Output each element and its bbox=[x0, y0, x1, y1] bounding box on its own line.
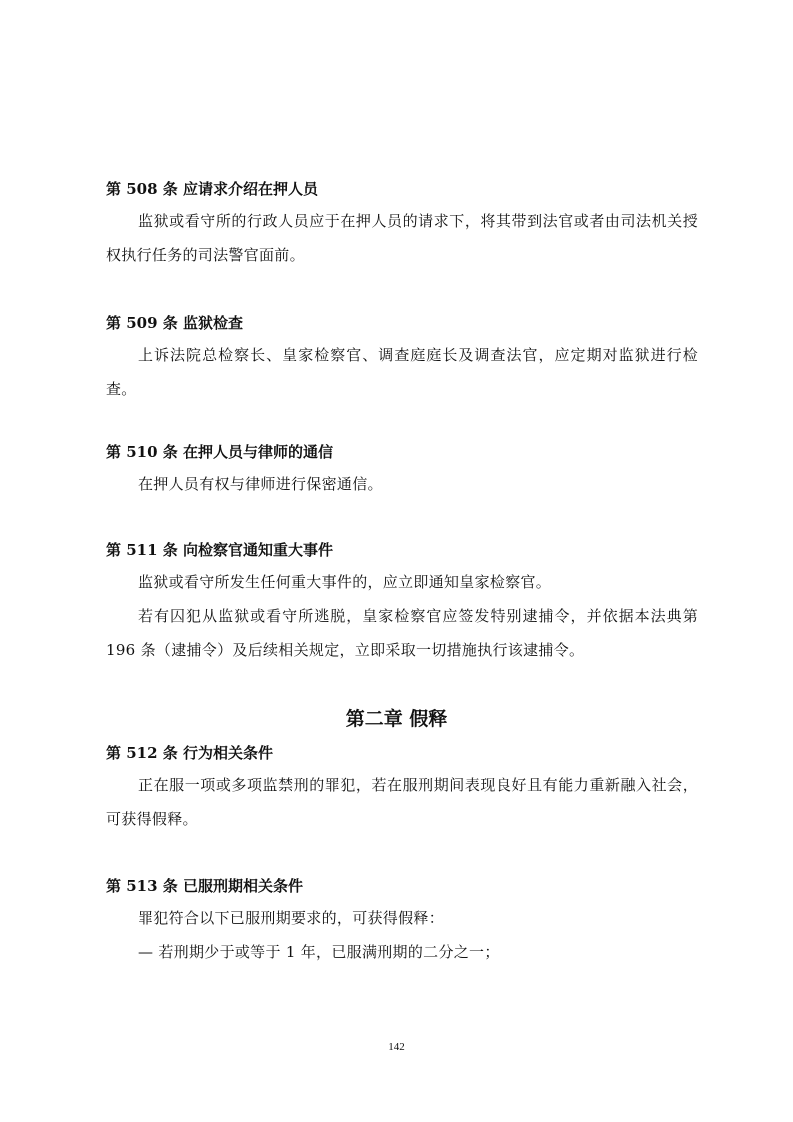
document-page: 第 508 条 应请求介绍在押人员 监狱或看守所的行政人员应于在押人员的请求下，… bbox=[0, 0, 793, 1122]
article-512-paragraph: 正在服一项或多项监禁刑的罪犯，若在服刑期间表现良好且有能力重新融入社会，可获得假… bbox=[106, 768, 698, 836]
article-511-heading: 第 511 条 向检察官通知重大事件 bbox=[106, 539, 333, 560]
article-510-heading: 第 510 条 在押人员与律师的通信 bbox=[106, 441, 333, 462]
article-512-heading: 第 512 条 行为相关条件 bbox=[106, 742, 273, 763]
article-510-paragraph: 在押人员有权与律师进行保密通信。 bbox=[106, 467, 698, 501]
article-511-paragraph-2: 若有囚犯从监狱或看守所逃脱，皇家检察官应签发特别逮捕令，并依据本法典第 196 … bbox=[106, 599, 698, 667]
article-513-list-item-1: — 若刑期少于或等于 1 年，已服满刑期的二分之一； bbox=[106, 935, 698, 969]
article-508-heading: 第 508 条 应请求介绍在押人员 bbox=[106, 178, 318, 199]
article-513-heading: 第 513 条 已服刑期相关条件 bbox=[106, 875, 303, 896]
article-508-paragraph: 监狱或看守所的行政人员应于在押人员的请求下，将其带到法官或者由司法机关授权执行任… bbox=[106, 204, 698, 272]
article-509-paragraph: 上诉法院总检察长、皇家检察官、调查庭庭长及调查法官，应定期对监狱进行检查。 bbox=[106, 338, 698, 406]
article-511-paragraph-1: 监狱或看守所发生任何重大事件的，应立即通知皇家检察官。 bbox=[106, 565, 698, 599]
article-509-heading: 第 509 条 监狱检查 bbox=[106, 312, 243, 333]
chapter-title: 第二章 假释 bbox=[0, 704, 793, 731]
page-number: 142 bbox=[0, 1041, 793, 1053]
article-513-paragraph-1: 罪犯符合以下已服刑期要求的，可获得假释： bbox=[106, 901, 698, 935]
